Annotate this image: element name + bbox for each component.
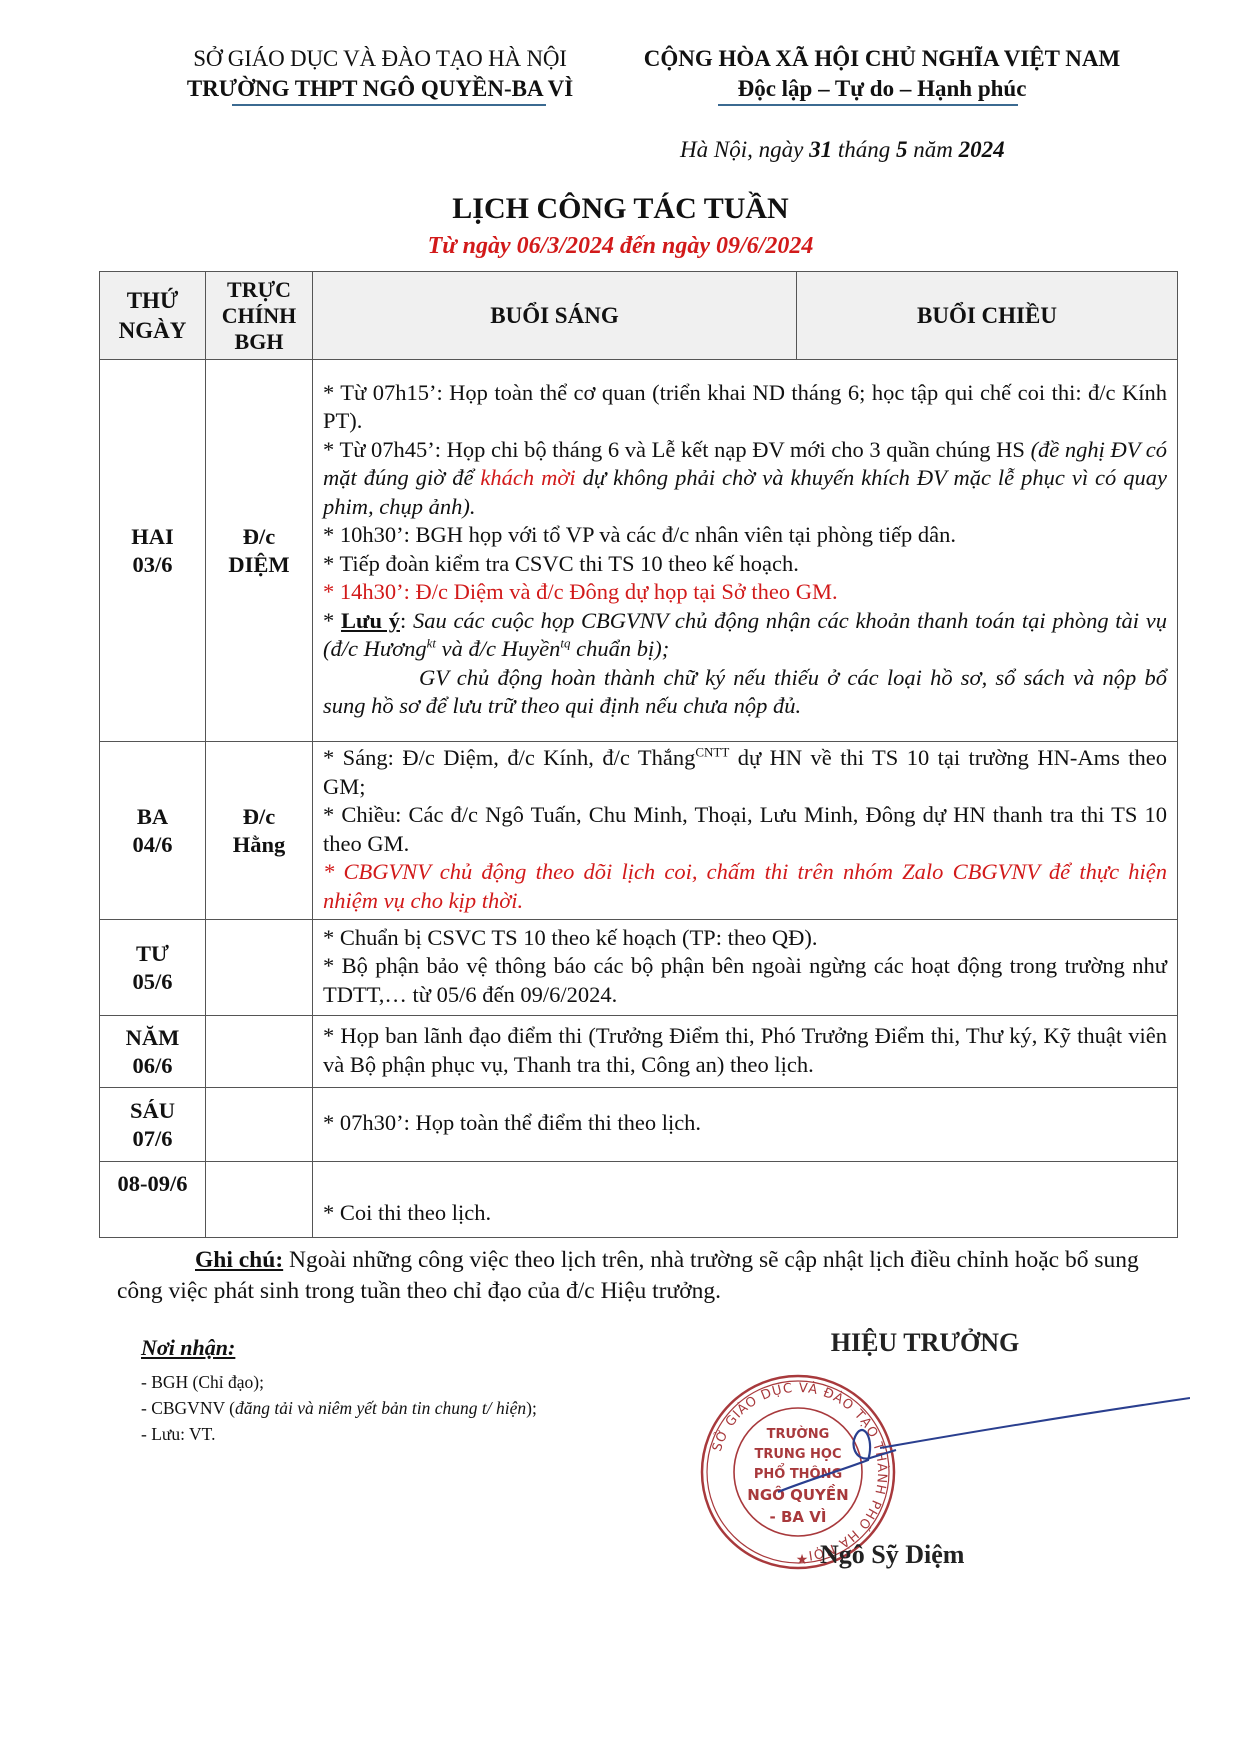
national-heading-block: CỘNG HÒA XÃ HỘI CHỦ NGHĨA VIỆT NAM Độc l…: [612, 44, 1152, 104]
duty-cell: Đ/c Hằng: [206, 742, 313, 920]
schedule-item: * 07h30’: Họp toàn thể điểm thi theo lịc…: [323, 1109, 1167, 1138]
schedule-table: THỨ NGÀY TRỰC CHÍNH BGH BUỔI SÁNG BUỔI C…: [99, 271, 1178, 1238]
weekday: NĂM: [101, 1024, 204, 1052]
schedule-content: * Coi thi theo lịch.: [313, 1162, 1178, 1238]
footnote-label: Ghi chú:: [195, 1247, 283, 1273]
duty-prefix: Đ/c: [207, 803, 311, 831]
header-morning: BUỔI SÁNG: [313, 272, 797, 360]
schedule-item: * Bộ phận bảo vệ thông báo các bộ phận b…: [323, 952, 1167, 1009]
schedule-item: * Coi thi theo lịch.: [323, 1199, 1167, 1228]
duty-cell: Đ/c DIỆM: [206, 360, 313, 742]
date-sep1: tháng: [832, 137, 896, 162]
date-year: 2024: [959, 137, 1005, 162]
svg-text:NGÔ QUYỀN: NGÔ QUYỀN: [747, 1483, 848, 1504]
duty-cell: [206, 1162, 313, 1238]
day-date: 07/6: [101, 1125, 204, 1153]
recipient-text: );: [526, 1398, 537, 1418]
schedule-item-highlight: * 14h30’: Đ/c Diệm và đ/c Đông dự họp tạ…: [323, 578, 1167, 607]
day-date: 06/6: [101, 1052, 204, 1080]
table-row: 08-09/6 * Coi thi theo lịch.: [100, 1162, 1178, 1238]
svg-text:- BA VÌ: - BA VÌ: [770, 1507, 827, 1526]
weekday: BA: [101, 803, 204, 831]
day-cell: TƯ 05/6: [100, 920, 206, 1016]
superscript: CNTT: [695, 745, 729, 760]
header-day-line2: NGÀY: [101, 316, 204, 346]
superscript: kt: [427, 636, 436, 651]
colon: :: [400, 608, 413, 633]
issue-date: Hà Nội, ngày 31 tháng 5 năm 2024: [680, 137, 1080, 163]
schedule-item: * 10h30’: BGH họp với tổ VP và các đ/c n…: [323, 521, 1167, 550]
svg-text:TRUNG HỌC: TRUNG HỌC: [755, 1447, 842, 1462]
recipient-italic: đăng tải và niêm yết bản tin chung t/ hi…: [235, 1398, 526, 1418]
table-row: TƯ 05/6 * Chuẩn bị CSVC TS 10 theo kế ho…: [100, 920, 1178, 1016]
item-highlight: khách mời: [480, 465, 575, 490]
header-afternoon: BUỔI CHIỀU: [797, 272, 1178, 360]
schedule-note: * Lưu ý: Sau các cuộc họp CBGVNV chủ độn…: [323, 607, 1167, 664]
date-sep2: năm: [907, 137, 958, 162]
header-duty: TRỰC CHÍNH BGH: [206, 272, 313, 360]
recipients-block: Nơi nhận: - BGH (Chỉ đạo); - CBGVNV (đăn…: [141, 1335, 537, 1447]
date-range: Từ ngày 06/3/2024 đến ngày 09/6/2024: [0, 233, 1241, 260]
header-duty-line2: CHÍNH: [207, 303, 311, 329]
date-month: 5: [896, 137, 908, 162]
table-row: BA 04/6 Đ/c Hằng * Sáng: Đ/c Diệm, đ/c K…: [100, 742, 1178, 920]
schedule-content: * Họp ban lãnh đạo điểm thi (Trưởng Điểm…: [313, 1016, 1178, 1088]
duty-name: DIỆM: [207, 551, 311, 579]
weekday: 08-09/6: [101, 1170, 204, 1198]
document-title: LỊCH CÔNG TÁC TUẦN: [0, 192, 1241, 226]
schedule-note-cont: GV chủ động hoàn thành chữ ký nếu thiếu …: [323, 664, 1167, 721]
schedule-content: * 07h30’: Họp toàn thể điểm thi theo lịc…: [313, 1088, 1178, 1162]
duty-name: Hằng: [207, 831, 311, 859]
duty-cell: [206, 1016, 313, 1088]
header-day-line1: THỨ: [101, 286, 204, 316]
recipient-item: - CBGVNV (đăng tải và niêm yết bản tin c…: [141, 1395, 537, 1421]
nation-name: CỘNG HÒA XÃ HỘI CHỦ NGHĨA VIỆT NAM: [612, 44, 1152, 74]
duty-cell: [206, 1088, 313, 1162]
note-text: chuẩn bị);: [570, 636, 669, 661]
date-day: 31: [809, 137, 832, 162]
issuing-agency-block: SỞ GIÁO DỤC VÀ ĐÀO TẠO HÀ NỘI TRƯỜNG THP…: [120, 44, 640, 104]
table-header-row: THỨ NGÀY TRỰC CHÍNH BGH BUỔI SÁNG BUỔI C…: [100, 272, 1178, 360]
day-cell: SÁU 07/6: [100, 1088, 206, 1162]
day-cell: 08-09/6: [100, 1162, 206, 1238]
note-label: Lưu ý: [341, 608, 400, 633]
national-motto: Độc lập – Tự do – Hạnh phúc: [612, 74, 1152, 104]
table-row: HAI 03/6 Đ/c DIỆM * Từ 07h15’: Họp toàn …: [100, 360, 1178, 742]
schedule-content: * Sáng: Đ/c Diệm, đ/c Kính, đ/c ThắngCNT…: [313, 742, 1178, 920]
signer-title: HIỆU TRƯỞNG: [760, 1328, 1090, 1358]
recipients-heading: Nơi nhận:: [141, 1335, 537, 1361]
table-row: NĂM 06/6 * Họp ban lãnh đạo điểm thi (Tr…: [100, 1016, 1178, 1088]
schedule-item: * Chuẩn bị CSVC TS 10 theo kế hoạch (TP:…: [323, 924, 1167, 953]
header-duty-line3: BGH: [207, 329, 311, 355]
duty-cell: [206, 920, 313, 1016]
agency-name: SỞ GIÁO DỤC VÀ ĐÀO TẠO HÀ NỘI: [120, 44, 640, 74]
recipients-list: - BGH (Chỉ đạo); - CBGVNV (đăng tải và n…: [141, 1369, 537, 1447]
weekday: HAI: [101, 523, 204, 551]
motto-underline: [718, 104, 1018, 106]
schedule-item: * Chiều: Các đ/c Ngô Tuấn, Chu Minh, Tho…: [323, 801, 1167, 858]
signer-name: Ngô Sỹ Diệm: [820, 1540, 964, 1570]
header-duty-line1: TRỰC: [207, 277, 311, 303]
schedule-item: * Từ 07h45’: Họp chi bộ tháng 6 và Lễ kế…: [323, 436, 1167, 522]
schedule-item: * Họp ban lãnh đạo điểm thi (Trưởng Điểm…: [323, 1022, 1167, 1079]
signature-stroke-icon: [880, 1386, 1190, 1456]
day-date: 04/6: [101, 831, 204, 859]
day-date: 03/6: [101, 551, 204, 579]
schedule-content: * Chuẩn bị CSVC TS 10 theo kế hoạch (TP:…: [313, 920, 1178, 1016]
day-cell: HAI 03/6: [100, 360, 206, 742]
day-cell: BA 04/6: [100, 742, 206, 920]
schedule-item-highlight: * CBGVNV chủ động theo dõi lịch coi, chấ…: [323, 858, 1167, 915]
date-prefix: Hà Nội, ngày: [680, 137, 809, 162]
footnote: Ghi chú: Ngoài những công việc theo lịch…: [117, 1245, 1167, 1307]
recipient-text: - CBGVNV (: [141, 1398, 235, 1418]
superscript: tq: [560, 636, 570, 651]
note-text: và đ/c Huyền: [436, 636, 560, 661]
school-name: TRƯỜNG THPT NGÔ QUYỀN-BA VÌ: [120, 74, 640, 104]
school-underline: [232, 104, 546, 106]
recipient-item: - Lưu: VT.: [141, 1421, 537, 1447]
day-cell: NĂM 06/6: [100, 1016, 206, 1088]
weekday: SÁU: [101, 1097, 204, 1125]
schedule-content: * Từ 07h15’: Họp toàn thể cơ quan (triển…: [313, 360, 1178, 742]
day-date: 05/6: [101, 968, 204, 996]
header-day: THỨ NGÀY: [100, 272, 206, 360]
svg-text:★: ★: [796, 1553, 809, 1568]
table-row: SÁU 07/6 * 07h30’: Họp toàn thể điểm thi…: [100, 1088, 1178, 1162]
item-text: * Từ 07h45’: Họp chi bộ tháng 6 và Lễ kế…: [323, 437, 1031, 462]
bullet: *: [323, 608, 341, 633]
weekday: TƯ: [101, 940, 204, 968]
recipient-item: - BGH (Chỉ đạo);: [141, 1369, 537, 1395]
svg-text:TRƯỜNG: TRƯỜNG: [767, 1426, 830, 1442]
schedule-item: * Sáng: Đ/c Diệm, đ/c Kính, đ/c ThắngCNT…: [323, 744, 1167, 801]
duty-prefix: Đ/c: [207, 523, 311, 551]
schedule-item: * Tiếp đoàn kiểm tra CSVC thi TS 10 theo…: [323, 550, 1167, 579]
item-text: * Sáng: Đ/c Diệm, đ/c Kính, đ/c Thắng: [323, 745, 695, 770]
schedule-item: * Từ 07h15’: Họp toàn thể cơ quan (triển…: [323, 379, 1167, 436]
